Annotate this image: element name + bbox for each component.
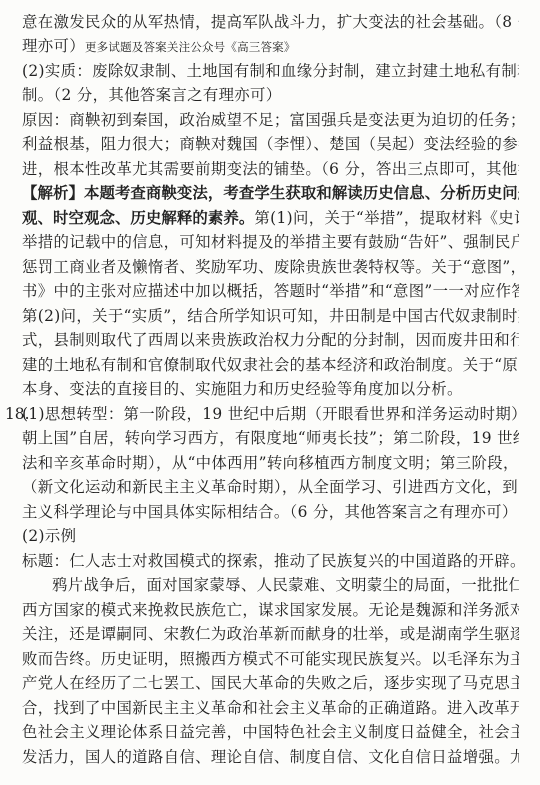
text-line: 主义科学理论与中国具体实际相结合。（6 分，其他答案言之有理亦可） bbox=[22, 502, 519, 522]
text-line: 法和辛亥革命时期），从“中体西用”转向移植西方制度文明；第三阶段，两次世界大战时… bbox=[22, 453, 519, 473]
text-line: 制。（2 分，其他答案言之有理亦可） bbox=[22, 85, 519, 105]
text-line: 发活力，国人的道路自信、理论自信、制度自信、文化自信日益增强。尤其是党的十八大以 bbox=[22, 747, 519, 767]
text-line: 败而告终。历史证明，照搬西方模式不可能实现民族复兴。以毛泽东为主要代表的中国共 bbox=[22, 649, 519, 669]
text-line: 产党人在经历了二七罢工、国民大革命的失败之后，逐步实现了马克思主义与中国国情的结 bbox=[22, 673, 519, 693]
text-line: 朝上国”自居，转向学习西方，有限度地“师夷长技”；第二阶段，19 世纪末 20 … bbox=[22, 428, 519, 448]
text-line: 利益根基，阻力很大；商鞅对魏国（李悝）、楚国（吴起）变法经验的参考借鉴；变法须循… bbox=[22, 134, 519, 154]
text-line: 西方国家的模式来挽救民族危亡，谋求国家发展。无论是魏源和洋务派对西方船坚炮利的 bbox=[22, 600, 519, 620]
text-line: (2)示例 bbox=[22, 526, 519, 546]
text-line: （新文化运动和新民主主义革命时期），从全面学习、引进西方文化，到“以俄为师”，将… bbox=[22, 477, 519, 497]
text-line: 理亦可）更多试题及答案关注公众号《高三答案》 bbox=[22, 36, 519, 57]
example-title: 标题：仁人志士对救国模式的探索，推动了民族复兴的中国道路的开辟。（2 分） bbox=[22, 551, 519, 571]
text-line: 书》中的主张对应描述中加以概括，答题时“举措”和“意图”一一对应作答，不要盲目列… bbox=[22, 281, 519, 301]
text-line: 举措的记载中的信息，可知材料提及的举措主要有鼓励“告奸”、强制民户“分异”、奖励… bbox=[22, 232, 519, 252]
text-line: 色社会主义理论体系日益完善，中国特色社会主义制度日益健全，社会主义先进文化日益焕 bbox=[22, 722, 519, 742]
text-line: 建的土地私有制和官僚制取代奴隶社会的基本经济和政治制度。关于“原因”，可从变法者 bbox=[22, 355, 519, 375]
text-line: 合，找到了中国新民主主义革命和社会主义革命的正确道路。进入改革开放新时期，中国特 bbox=[22, 698, 519, 718]
text-line: 式，县制则取代了西周以来贵族政治权力分配的分封制，因而废井田和行县制本质上是以封 bbox=[22, 330, 519, 350]
text-line: (2)实质：废除奴隶制、土地国有制和血缘分封制，建立封建土地私有制和中央集权的官… bbox=[22, 61, 519, 81]
text-line: 意在激发民众的从军热情，提高军队战斗力，扩大变法的社会基础。（8 分，其他答案言… bbox=[22, 12, 519, 32]
text-line: 观、时空观念、历史解释的素养。第(1)问，关于“举措”，提取材料《史记·商君列传… bbox=[22, 208, 519, 228]
text-line: 本身、变法的直接目的、实施阻力和历史经验等角度加以分析。 bbox=[22, 379, 519, 399]
analysis-heading: 【解析】本题考查商鞅变法，考查学生获取和解读历史信息、分析历史问题的能力和唯物史 bbox=[22, 183, 519, 203]
answer-key-page: 意在激发民众的从军热情，提高军队战斗力，扩大变法的社会基础。（8 分，其他答案言… bbox=[0, 0, 540, 785]
promo-note: 更多试题及答案关注公众号《高三答案》 bbox=[85, 40, 296, 54]
text-line: 原因：商鞅初到秦国，政治威望不足；富国强兵是变法更为迫切的任务；制度变革触及旧贵… bbox=[22, 110, 519, 130]
text-line: 第(2)问，关于“实质”，结合所学知识可知，井田制是中国古代奴隶制时期土地经营的… bbox=[22, 306, 519, 326]
text-line: 关注，还是谭嗣同、宋教仁为政治革新而献身的壮举，或是湖南学生驱逐军阀的运动都以失 bbox=[22, 624, 519, 644]
text-line: 惩罚工商业者及懒惰者、奖励军功、废除贵族世袭特权等。关于“意图”，可从材料中《商… bbox=[22, 257, 519, 277]
text-line: 鸦片战争后，面对国家蒙辱、人民蒙难、文明蒙尘的局面，一批批仁人志士试图按照先进 bbox=[22, 575, 519, 595]
text-line: (1)思想转型：第一阶段，19 世纪中后期（开眼看世界和洋务运动时期），从闭关自… bbox=[22, 404, 519, 424]
text-line: 进，根本性改革尤其需要前期变法的铺垫。（6 分，答出三点即可，其他答案言之有理亦… bbox=[22, 159, 519, 179]
